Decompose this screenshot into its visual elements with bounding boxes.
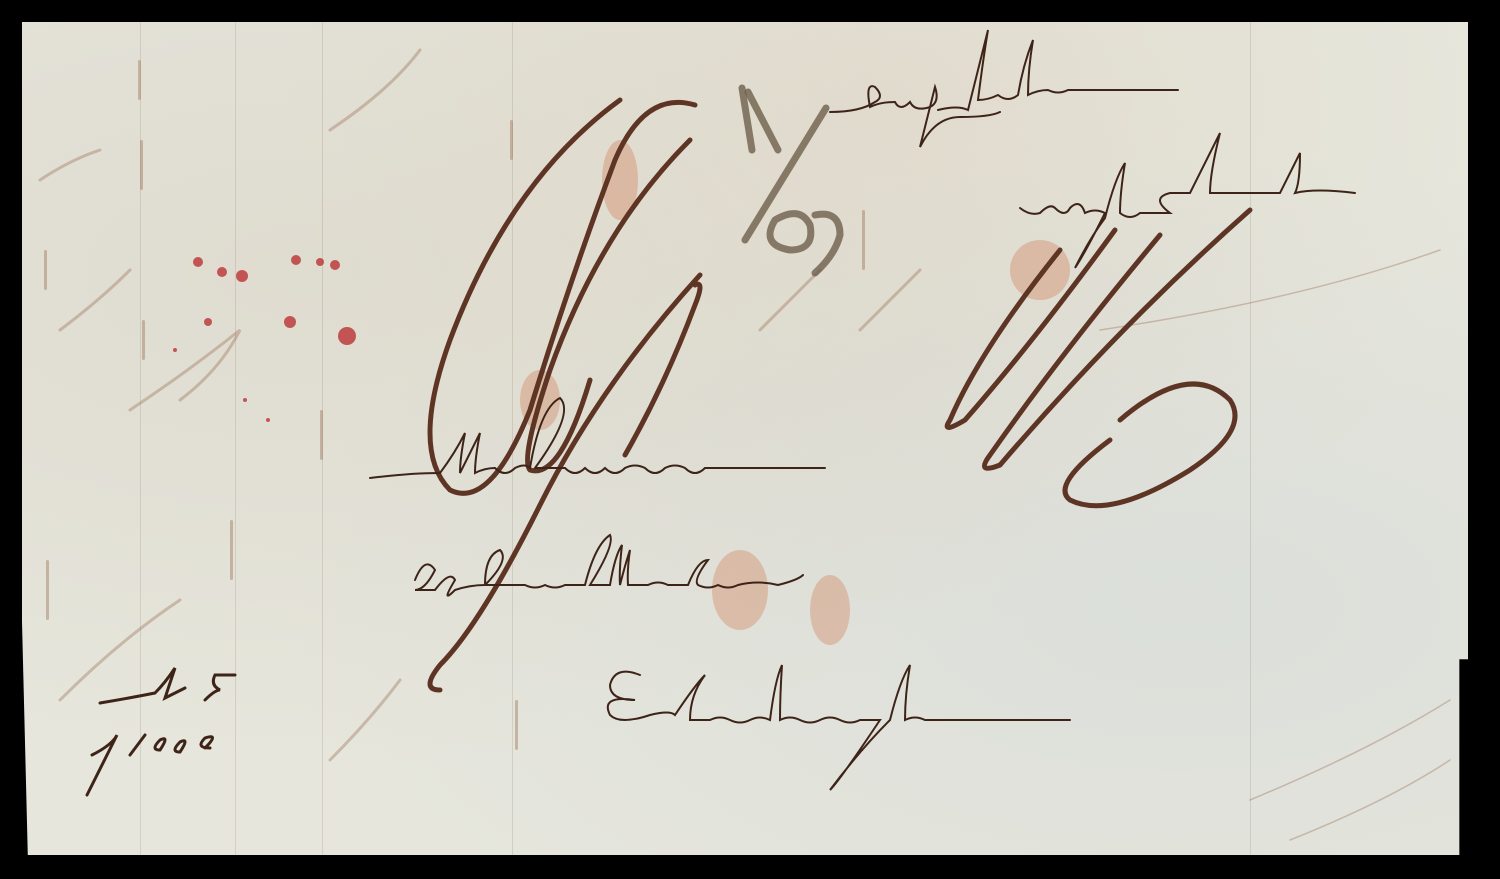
manuscript-rate-left-label: 1/4 [440,200,633,339]
single-sheet-endorsement: single sheet [1020,182,1203,217]
fold-line [235,22,236,855]
bleed-mark [515,700,518,750]
address-recipient: Mrs Duncan [430,445,629,483]
rate-handstamp-label: 1/62 [740,100,875,170]
docket-number: No 5 [110,672,183,707]
address-street: 28 Charlotte Row [415,548,700,586]
bleed-mark [44,250,47,290]
docket-year: of 1838 [88,725,203,760]
bleed-mark [46,560,49,620]
bleed-mark [138,60,141,100]
fold-line [1250,22,1251,855]
bleed-mark [140,140,143,190]
bleed-mark [510,120,513,160]
bleed-mark [230,520,233,580]
bleed-mark [320,410,323,460]
address-city: Edinburgh [605,655,820,701]
bleed-mark [142,320,145,360]
manuscript-rate-right-label: 1/6 [950,260,1143,399]
bleed-mark [862,210,865,270]
